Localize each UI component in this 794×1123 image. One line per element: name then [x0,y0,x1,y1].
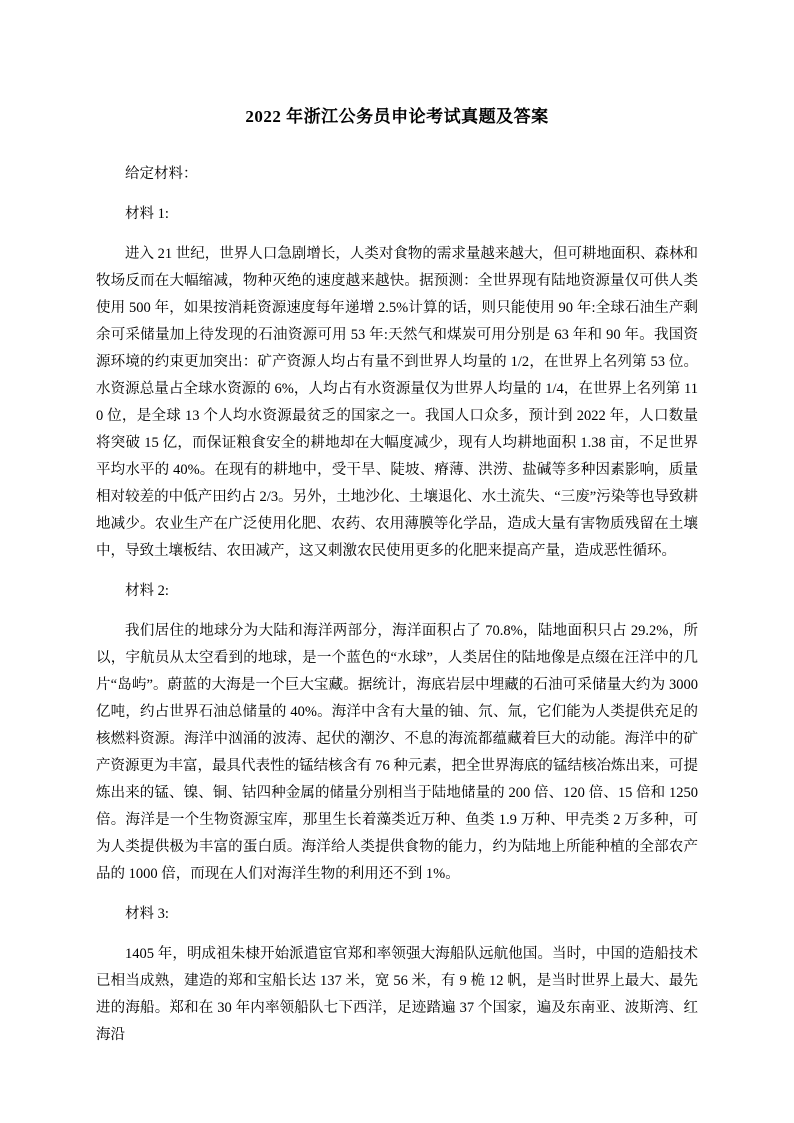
section-heading-material-3: 材料 3: [96,901,698,928]
material-1-paragraph: 进入 21 世纪，世界人口急剧增长，人类对食物的需求量越来越大，但可耕地面积、森… [96,241,698,565]
materials-label: 给定材料： [96,161,698,188]
document-page: 2022 年浙江公务员申论考试真题及答案 给定材料： 材料 1: 进入 21 世… [0,0,794,1123]
document-title: 2022 年浙江公务员申论考试真题及答案 [96,103,698,130]
section-heading-material-2: 材料 2: [96,578,698,605]
material-3-paragraph: 1405 年，明成祖朱棣开始派遣宦官郑和率领强大海船队远航他国。当时，中国的造船… [96,941,698,1049]
material-2-paragraph: 我们居住的地球分为大陆和海洋两部分，海洋面积占了 70.8%，陆地面积只占 29… [96,618,698,888]
section-heading-material-1: 材料 1: [96,201,698,228]
